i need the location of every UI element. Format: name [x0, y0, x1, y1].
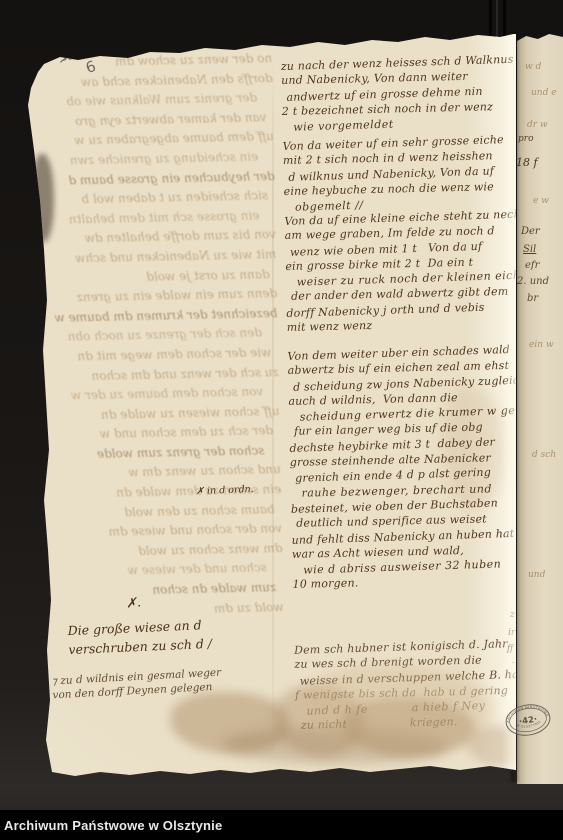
handwriting-paragraph-faded: Dem sch hubner ist konigisch d. Jahrzu w… — [294, 636, 516, 733]
handwriting-paragraph: Von dem weiter uber ein schades waldabwe… — [287, 342, 516, 592]
fore-edge-highlight — [502, 30, 516, 778]
next-page-sliver: w dund edr wpro18 fe wDerSilefr2. undbre… — [517, 30, 563, 784]
manuscript-page: 39 6 no der wenz zu schow dmdorffs den N… — [24, 30, 516, 778]
next-page-text-fragment: 2. und — [517, 276, 549, 287]
bottom-note-wildnis: ⁊ zu d wildnis ein gesmal wegervon den d… — [51, 666, 222, 703]
handwriting-paragraph: Von da uf eine kleine eiche steht zu nec… — [284, 208, 516, 336]
next-page-text-fragment: 18 f — [516, 156, 538, 169]
photo-area: w dund edr wpro18 fe wDerSilefr2. undbre… — [0, 0, 563, 810]
next-page-text-fragment: efr — [525, 260, 539, 271]
handwriting-paragraph: zu nach der wenz heisses sch d Walknusun… — [281, 53, 516, 135]
next-page-text-fragment: e w — [533, 196, 549, 206]
bleedthrough-text-column: no der wenz zu schow dmdorffs den Nabeni… — [40, 49, 284, 622]
handwriting-paragraph: Von da weiter uf ein sehr grosse eichemi… — [282, 133, 516, 215]
bottom-note-wiese: Die große wiese an dverschruben zu sch d… — [67, 615, 212, 659]
archive-name-label: Archiwum Państwowe w Olsztynie — [4, 818, 222, 833]
next-page-text-fragment: dr w — [527, 120, 548, 130]
next-page-text-fragment: pro — [518, 134, 533, 144]
cross-mark: ✗. — [125, 595, 142, 611]
next-page-text-fragment: und e — [531, 88, 557, 98]
next-page-text-fragment: Sil — [523, 244, 536, 255]
book-edge-line — [503, 0, 506, 42]
next-page-text-fragment: und — [528, 570, 545, 580]
archive-oval-stamp: ARCHIWUM PAŃSTWOWE W OLSZTYNIE ·42· — [501, 698, 554, 741]
next-page-text-fragment: d sch — [532, 450, 556, 460]
book-edge-line — [496, 0, 498, 40]
next-page-text-fragment: br — [527, 293, 538, 304]
archival-scan-screenshot: w dund edr wpro18 fe wDerSilefr2. undbre… — [0, 0, 563, 840]
next-page-text-fragment: w d — [525, 62, 541, 72]
handwritten-text-column: zu nach der wenz heisses sch d Walknusun… — [280, 30, 516, 778]
margin-correction-note: ✗ in d ordn. — [196, 484, 254, 497]
next-page-text-fragment: ein w — [529, 340, 554, 350]
next-page-text-fragment: Der — [521, 226, 540, 237]
archive-caption-bar: Archiwum Państwowe w Olsztynie — [0, 810, 563, 840]
